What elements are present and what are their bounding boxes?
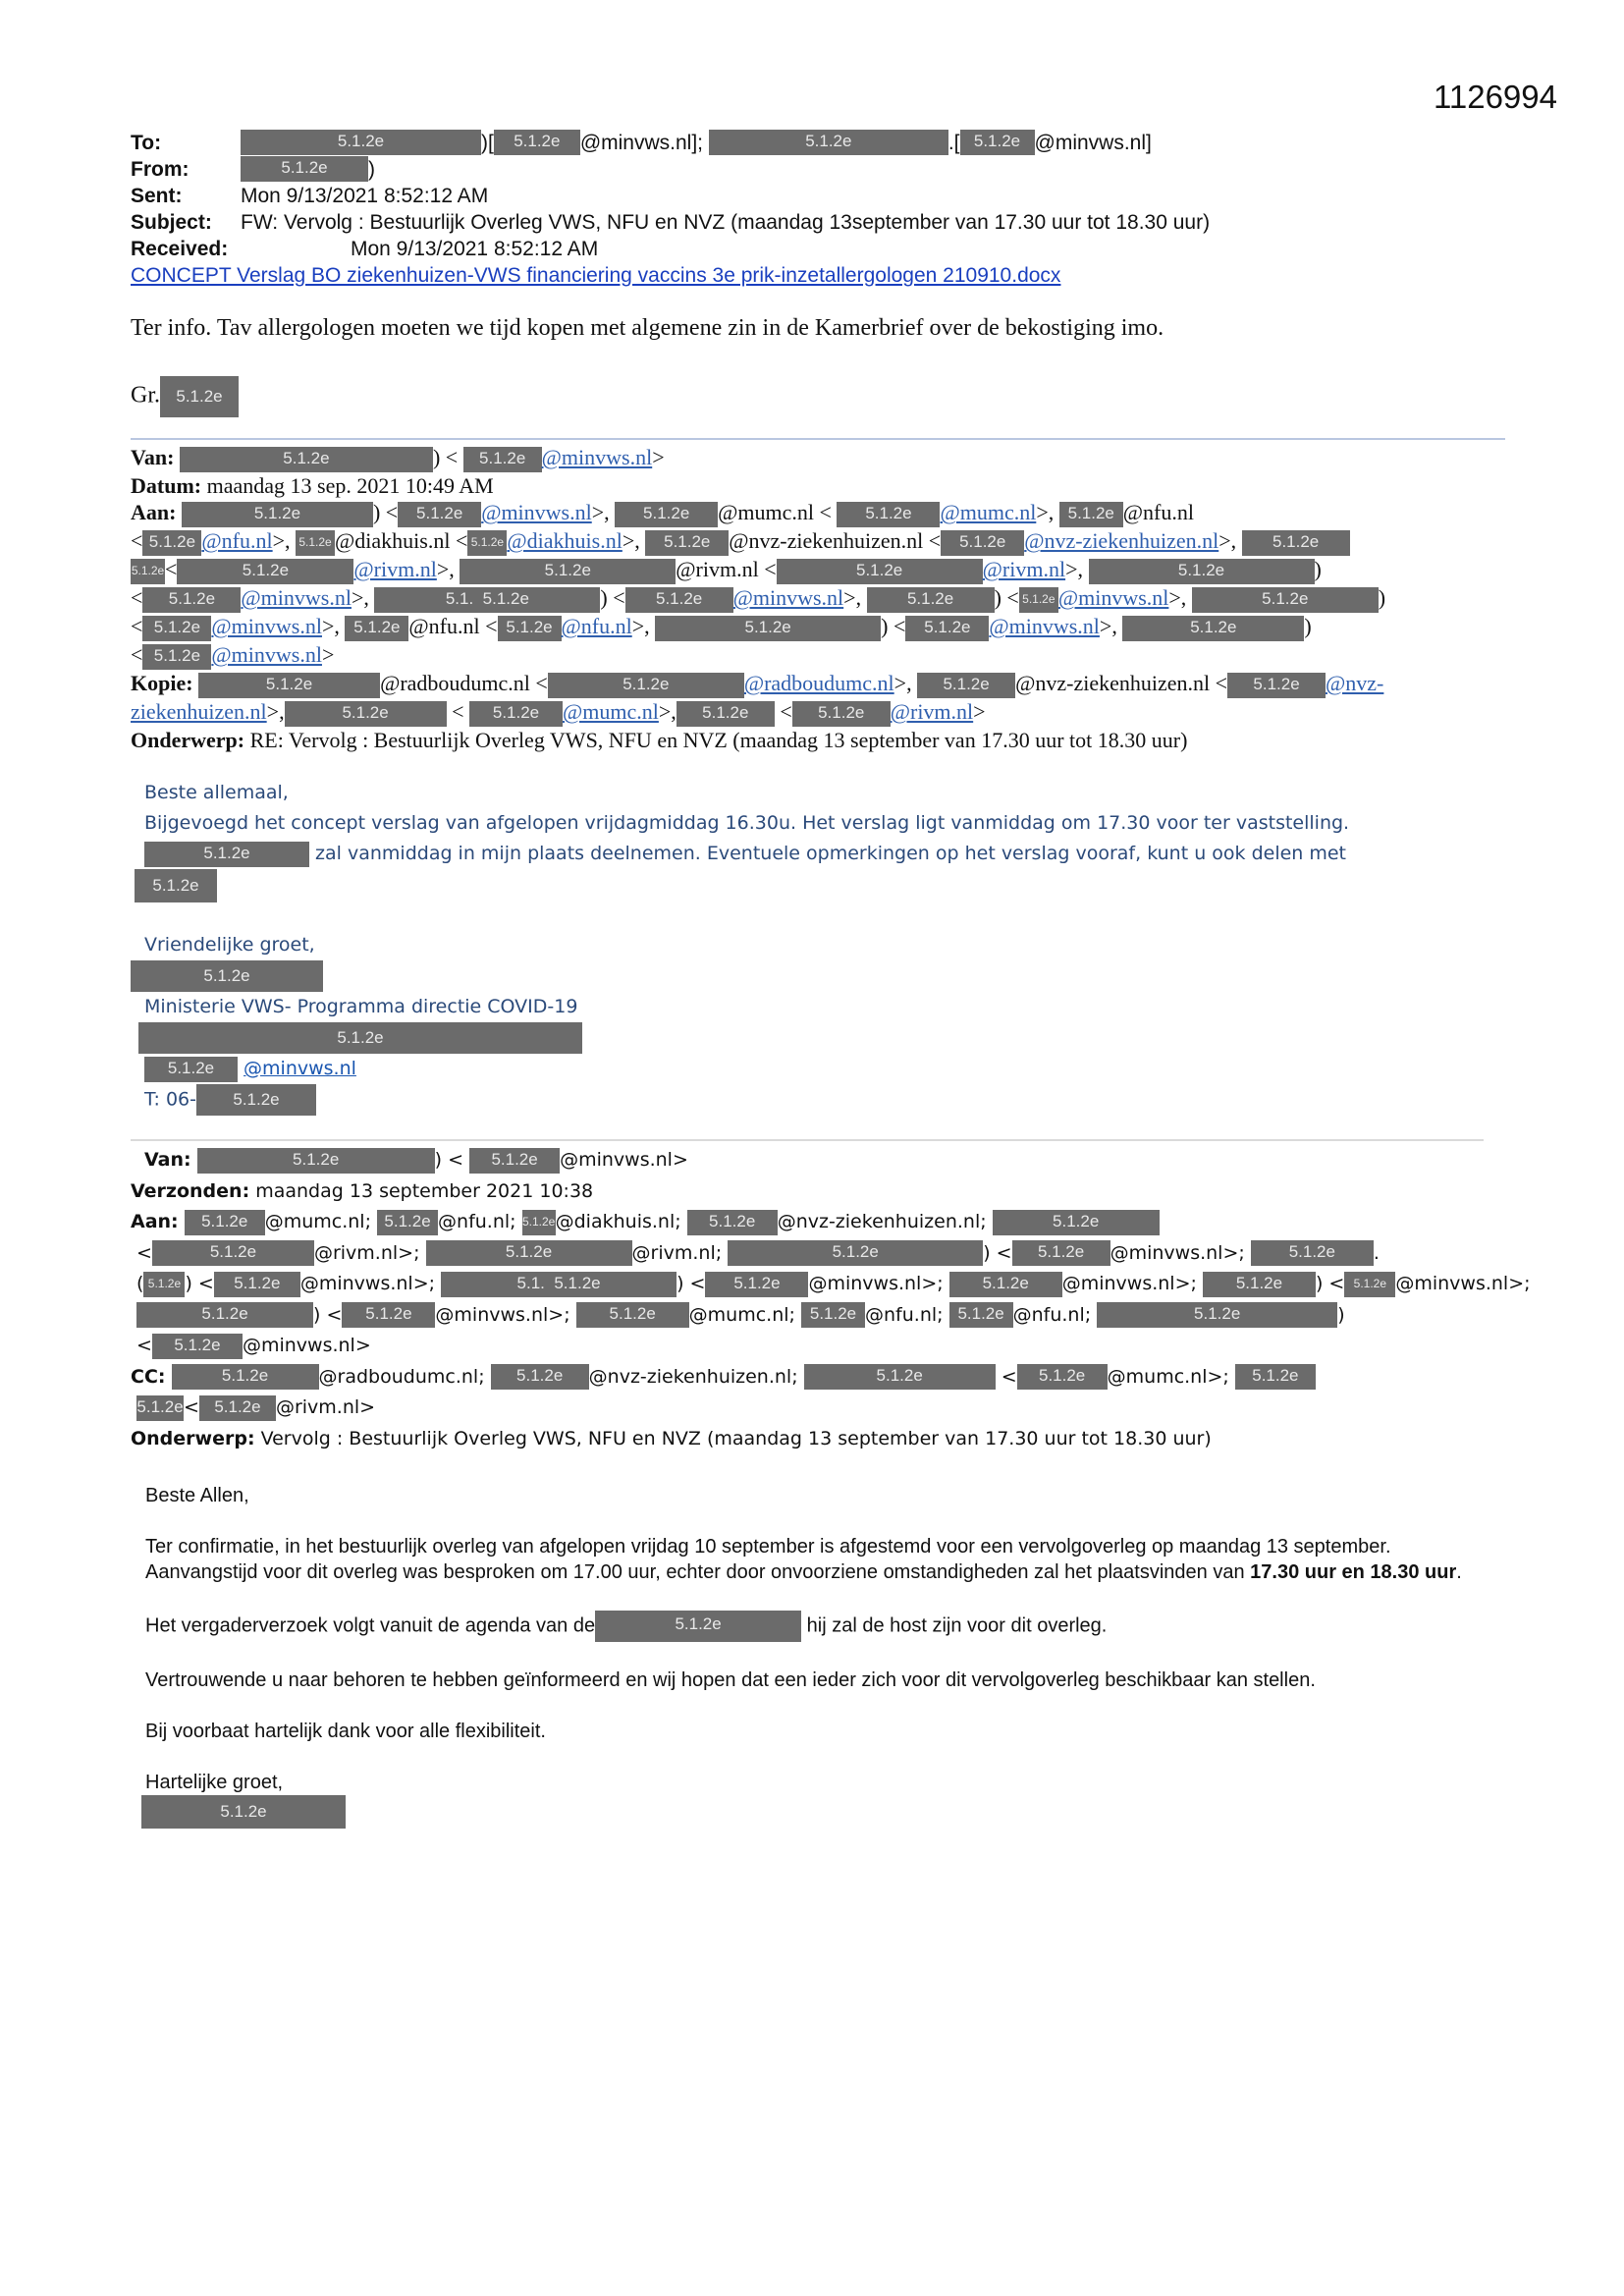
- redaction: 5.1.2e: [398, 502, 481, 527]
- to-label: To:: [131, 130, 241, 156]
- redaction: 5.1.2e: [548, 673, 744, 698]
- redaction: 5.1.2e: [804, 1364, 996, 1390]
- redaction: 5.1.2e: [196, 1084, 316, 1116]
- original-email-body: Beste Allen, Ter confirmatie, in het bes…: [145, 1483, 1500, 1829]
- onderwerp-row: Onderwerp: RE: Vervolg : Bestuurlijk Ove…: [131, 727, 1515, 754]
- text: .[: [948, 130, 960, 156]
- redaction: 5.1.2e: [522, 1210, 556, 1235]
- redaction: 5.1.2e: [491, 1364, 589, 1390]
- cc-row: 5.1.2e<5.1.2e@rivm.nl>: [131, 1393, 1515, 1424]
- text: @rivm.nl: [276, 1396, 359, 1418]
- redaction: 5.1.2e: [728, 1240, 983, 1266]
- redaction: 5.1.2e: [342, 1302, 435, 1328]
- redaction: 5.1.2e: [469, 701, 563, 727]
- body-paragraph: Aanvangstijd voor dit overleg was bespro…: [145, 1559, 1500, 1585]
- van-row: Van: 5.1.2e) < 5.1.2e@minvws.nl>: [131, 1145, 1515, 1176]
- redaction: 5.1.2e: [1089, 559, 1315, 584]
- redaction: 5.1.2e: [837, 502, 940, 527]
- redaction: 5.1.2e: [645, 530, 729, 556]
- redaction: 5.1.2e: [152, 1334, 243, 1359]
- body-line: 5.1.2e: [135, 869, 1529, 902]
- redaction: 5.1.2e: [1019, 587, 1058, 613]
- redaction: 5.1.2e: [595, 1611, 801, 1642]
- signature-name-redaction: 5.1.2e: [141, 1795, 346, 1829]
- text: @nvz-ziekenhuizen.nl: [778, 1211, 981, 1232]
- redaction: 5.1.2e: [1203, 1272, 1316, 1297]
- redaction: 5.1.2e: [498, 616, 562, 641]
- aan-row: <5.1.2e@nfu.nl>, 5.1.2e@diakhuis.nl <5.1…: [131, 527, 1515, 556]
- aan-row: (5.1.2e) <5.1.2e@minvws.nl>; 5.1. 5.1.2e…: [131, 1269, 1515, 1300]
- onderwerp-value: RE: Vervolg : Bestuurlijk Overleg VWS, N…: [250, 728, 1188, 752]
- redaction: 5.1.2e: [1192, 587, 1379, 613]
- text: 5.1.: [446, 589, 473, 608]
- outer-greeting-row: Gr.5.1.2e: [131, 376, 1515, 417]
- divider: [131, 1139, 1484, 1141]
- document-id: 1126994: [1434, 79, 1557, 116]
- redaction: 5.1.2e: [463, 447, 542, 472]
- body-greeting: Beste Allen,: [145, 1483, 1500, 1508]
- text: @rivm.nl: [314, 1242, 398, 1264]
- redaction: 5.1.2e: [160, 376, 239, 417]
- onderwerp-row: Onderwerp: Vervolg : Bestuurlijk Overleg…: [131, 1424, 1515, 1455]
- van-label: Van:: [131, 445, 174, 469]
- cc-row: CC: 5.1.2e@radboudumc.nl; 5.1.2e@nvz-zie…: [131, 1362, 1515, 1394]
- aan-row: 5.1.2e<5.1.2e@rivm.nl>, 5.1.2e@rivm.nl <…: [131, 556, 1515, 584]
- text: Aanvangstijd voor dit overleg was bespro…: [145, 1561, 1250, 1583]
- body-paragraph: Het vergaderverzoek volgt vanuit de agen…: [145, 1611, 1500, 1642]
- redaction: 5.1.2e: [426, 1240, 632, 1266]
- aan-row: Aan: 5.1.2e@mumc.nl; 5.1.2e@nfu.nl; 5.1.…: [131, 1207, 1515, 1238]
- email-link[interactable]: @minvws.nl: [241, 585, 352, 610]
- redaction: 5.1.2e: [136, 1395, 184, 1421]
- redaction: 5.1.2e: [152, 1240, 314, 1266]
- signature-phone: T: 06-5.1.2e: [144, 1084, 1529, 1116]
- text: @nvz-ziekenhuizen.nl: [1015, 671, 1210, 695]
- verzonden-row: Verzonden: maandag 13 september 2021 10:…: [131, 1176, 1515, 1208]
- redaction: 5.1. 5.1.2e: [441, 1272, 677, 1297]
- text: @minvws.nl: [560, 1149, 673, 1171]
- body-paragraph: Vertrouwende u naar behoren te hebben ge…: [145, 1667, 1500, 1693]
- aan-row: 5.1.2e) <5.1.2e@minvws.nl>; 5.1.2e@mumc.…: [131, 1300, 1515, 1332]
- email-link[interactable]: @nvz-ziekenhuizen.nl: [1024, 528, 1218, 553]
- text: @nfu.nl: [1123, 500, 1194, 524]
- onderwerp-value: Vervolg : Bestuurlijk Overleg VWS, NFU e…: [261, 1428, 1212, 1449]
- email-link[interactable]: @nfu.nl: [562, 614, 632, 638]
- redaction: 5.1.2e: [993, 1210, 1160, 1235]
- signature-org: Ministerie VWS- Programma directie COVID…: [144, 992, 1529, 1022]
- closing: Vriendelijke groet,: [144, 930, 1529, 960]
- text: @diakhuis.nl: [556, 1211, 676, 1232]
- email-link[interactable]: @diakhuis.nl: [507, 528, 622, 553]
- email-link[interactable]: @minvws.nl: [211, 642, 322, 667]
- signature-title-redaction: 5.1.2e: [138, 1022, 582, 1054]
- text: @diakhuis.nl: [335, 528, 450, 553]
- redaction: 5.1.2e: [185, 1210, 265, 1235]
- redaction: 5.1.2e: [792, 701, 891, 727]
- text: @nfu.nl: [438, 1211, 510, 1232]
- email-link[interactable]: @minvws.nl: [989, 614, 1100, 638]
- received-row: Received: Mon 9/13/2021 8:52:12 AM: [131, 236, 1515, 262]
- original-email-header: Van: 5.1.2e) < 5.1.2e@minvws.nl> Verzond…: [131, 1145, 1515, 1454]
- email-link[interactable]: @minvws.nl: [211, 614, 322, 638]
- text: @nfu.nl: [865, 1304, 937, 1326]
- redaction: 5.1.2e: [705, 1272, 808, 1297]
- text: )[: [481, 130, 494, 156]
- text: @mumc.nl: [265, 1211, 365, 1232]
- van-label: Van:: [144, 1149, 191, 1171]
- text: @minvws.nl: [808, 1273, 921, 1294]
- redaction: 5.1.2e: [917, 673, 1015, 698]
- redaction: 5.1.2e: [142, 616, 211, 641]
- redaction: 5.1.2e: [241, 130, 481, 155]
- received-label: Received:: [131, 236, 351, 262]
- redaction: 5.1.2e: [905, 616, 989, 641]
- from-label: From:: [131, 156, 241, 183]
- email-link[interactable]: @minvws.nl: [733, 585, 844, 610]
- text: 5.1.: [517, 1274, 545, 1292]
- aan-row: Aan: 5.1.2e) <5.1.2e@minvws.nl>, 5.1.2e@…: [131, 499, 1515, 527]
- redaction: 5.1.2e: [241, 156, 368, 182]
- closing: Hartelijke groet,: [145, 1770, 1500, 1795]
- redaction: 5.1.2e: [1059, 502, 1123, 527]
- datum-row: Datum: maandag 13 sep. 2021 10:49 AM: [131, 472, 1515, 500]
- sent-value: Mon 9/13/2021 8:52:12 AM: [241, 183, 488, 209]
- datum-label: Datum:: [131, 473, 201, 498]
- email-link[interactable]: @nvz-: [1326, 671, 1383, 695]
- redaction: 5.1.2e: [1097, 1302, 1337, 1328]
- sent-label: Sent:: [131, 183, 241, 209]
- kopie-row: ziekenhuizen.nl>,5.1.2e < 5.1.2e@mumc.nl…: [131, 698, 1515, 727]
- email-link[interactable]: @minvws.nl: [1058, 585, 1169, 610]
- redaction: 5.1.2e: [144, 1057, 238, 1082]
- redaction: 5.1.2e: [214, 1272, 300, 1297]
- redaction: 5.1.2e: [801, 1302, 865, 1328]
- redaction: 5.1.2e: [777, 559, 983, 584]
- body-paragraph: Ter confirmatie, in het bestuurlijk over…: [145, 1534, 1500, 1559]
- email-link[interactable]: @mumc.nl: [940, 500, 1036, 524]
- text-bold: 17.30 uur en 18.30 uur: [1250, 1561, 1456, 1583]
- aan-row: <5.1.2e@minvws.nl>, 5.1.2e@nfu.nl <5.1.2…: [131, 613, 1515, 641]
- redaction: 5.1.2e: [296, 530, 335, 556]
- aan-row: <5.1.2e@minvws.nl>: [131, 641, 1515, 670]
- text: @radboudumc.nl: [380, 671, 530, 695]
- text: T: 06-: [144, 1089, 196, 1111]
- redaction: 5.1.2e: [1251, 1240, 1374, 1266]
- text: @radboudumc.nl: [319, 1366, 479, 1388]
- redaction: 5.1.2e: [1227, 673, 1326, 698]
- body-line: Bijgevoegd het concept verslag van afgel…: [144, 808, 1529, 839]
- onderwerp-label: Onderwerp:: [131, 1428, 255, 1449]
- redaction: 5.1.2e: [345, 616, 408, 641]
- redaction: 5.1.2e: [180, 447, 433, 472]
- redaction: 5.1.2e: [625, 587, 733, 613]
- outer-email-header: To: 5.1.2e)[5.1.2e@minvws.nl]; 5.1.2e.[5…: [131, 130, 1515, 289]
- redaction: 5.1.2e: [198, 673, 380, 698]
- redaction: 5.1.2e: [687, 1210, 778, 1235]
- redaction: 5.1.2e: [177, 559, 353, 584]
- redaction: 5.1.2e: [1235, 1364, 1316, 1390]
- kopie-label: Kopie:: [131, 671, 193, 695]
- redaction: 5.1.2e: [142, 530, 201, 556]
- divider: [131, 438, 1505, 440]
- redaction: 5.1.2e: [949, 1302, 1013, 1328]
- text: hij zal de host zijn voor dit overleg.: [807, 1614, 1108, 1636]
- redaction: 5.1.2e: [615, 502, 718, 527]
- text: @minvws.nl: [1062, 1273, 1175, 1294]
- text: @rivm.nl: [632, 1242, 716, 1264]
- text: 5.1.2e: [554, 1274, 600, 1292]
- aan-label: Aan:: [131, 1211, 179, 1232]
- sent-row: Sent: Mon 9/13/2021 8:52:12 AM: [131, 183, 1515, 209]
- redaction: 5.1.2e: [131, 559, 165, 584]
- redaction: 5.1.2e: [460, 559, 676, 584]
- text: @minvws.nl: [1110, 1242, 1223, 1264]
- text: @minvws.nl: [243, 1335, 355, 1356]
- text: @nvz-ziekenhuizen.nl: [729, 528, 923, 553]
- reply-email-header: Van: 5.1.2e) < 5.1.2e@minvws.nl> Datum: …: [131, 444, 1515, 754]
- redaction: 5.1.2e: [197, 1148, 435, 1174]
- redaction: 5.1.2e: [677, 701, 775, 727]
- redaction: 5.1.2e: [1012, 1240, 1110, 1266]
- redaction: 5.1.2e: [285, 701, 447, 727]
- redaction: 5.1.2e: [467, 530, 507, 556]
- redaction: 5.1.2e: [142, 587, 241, 613]
- text: zal vanmiddag in mijn plaats deelnemen. …: [315, 843, 1346, 864]
- redaction: 5.1.2e: [709, 130, 948, 155]
- text: .: [1456, 1561, 1462, 1583]
- signature-name-redaction: 5.1.2e: [131, 960, 323, 992]
- email-link[interactable]: @nfu.nl: [201, 528, 272, 553]
- text: @minvws.nl: [435, 1304, 548, 1326]
- redaction: 5.1.2e: [960, 130, 1035, 155]
- body-line: 5.1.2e zal vanmiddag in mijn plaats deel…: [144, 839, 1529, 869]
- redaction: 5.1.2e: [494, 130, 580, 155]
- datum-value: maandag 13 sep. 2021 10:49 AM: [207, 473, 494, 498]
- redaction: 5.1.2e: [377, 1210, 438, 1235]
- text: @nfu.nl: [1013, 1304, 1085, 1326]
- subject-value: FW: Vervolg : Bestuurlijk Overleg VWS, N…: [241, 209, 1210, 236]
- email-link[interactable]: @minvws.nl: [244, 1058, 356, 1079]
- aan-label: Aan:: [131, 500, 176, 524]
- redaction: 5.1.2e: [949, 1272, 1062, 1297]
- email-link[interactable]: @rivm.nl: [891, 699, 973, 724]
- text: @rivm.nl: [676, 557, 758, 581]
- subject-label: Subject:: [131, 209, 241, 236]
- redaction: 5.1.2e: [469, 1148, 560, 1174]
- email-link[interactable]: @mumc.nl: [563, 699, 659, 724]
- redaction: 5.1.2e: [1122, 616, 1304, 641]
- text: 5.1.2e: [483, 589, 529, 608]
- email-link[interactable]: @minvws.nl: [481, 500, 592, 524]
- aan-row: <5.1.2e@rivm.nl>; 5.1.2e@rivm.nl; 5.1.2e…: [131, 1238, 1515, 1270]
- text: @mumc.nl: [689, 1304, 789, 1326]
- redaction: 5.1.2e: [136, 1302, 313, 1328]
- received-value: Mon 9/13/2021 8:52:12 AM: [351, 236, 598, 262]
- email-link[interactable]: @radboudumc.nl: [744, 671, 894, 695]
- attachment-row: CONCEPT Verslag BO ziekenhuizen-VWS fina…: [131, 262, 1515, 289]
- redaction: 5.1.2e: [135, 869, 217, 902]
- from-row: From: 5.1.2e): [131, 156, 1515, 183]
- redaction: 5.1.2e: [1242, 530, 1350, 556]
- email-link[interactable]: @minvws.nl: [542, 445, 653, 469]
- redaction: 5.1.2e: [199, 1395, 276, 1421]
- redaction: 5.1.2e: [655, 616, 881, 641]
- verzonden-value: maandag 13 september 2021 10:38: [255, 1180, 593, 1202]
- redaction: 5.1.2e: [144, 842, 309, 867]
- outer-body: Ter info. Tav allergologen moeten we tij…: [131, 314, 1515, 342]
- text: @mumc.nl: [1108, 1366, 1208, 1388]
- email-link[interactable]: @rivm.nl: [353, 557, 436, 581]
- redaction: 5.1.2e: [576, 1302, 689, 1328]
- verzonden-label: Verzonden:: [131, 1180, 249, 1202]
- signature-email: 5.1.2e @minvws.nl: [144, 1054, 1529, 1084]
- text: @minvws.nl: [1395, 1273, 1508, 1294]
- text: @mumc.nl: [718, 500, 814, 524]
- reply-email-body: Beste allemaal, Bijgevoegd het concept v…: [144, 778, 1529, 1116]
- text: Het vergaderverzoek volgt vanuit de agen…: [145, 1614, 595, 1636]
- kopie-row: Kopie: 5.1.2e@radboudumc.nl <5.1.2e@radb…: [131, 670, 1515, 698]
- body-paragraph: Bij voorbaat hartelijk dank voor alle fl…: [145, 1719, 1500, 1744]
- text: ): [368, 156, 375, 183]
- redaction: 5.1.2e: [182, 502, 373, 527]
- redaction: 5.1.2e: [143, 1272, 185, 1297]
- text: @minvws.nl]: [1035, 130, 1152, 156]
- email-link[interactable]: ziekenhuizen.nl: [131, 699, 267, 724]
- text: @minvws.nl: [300, 1273, 413, 1294]
- redaction: 5.1.2e: [867, 587, 995, 613]
- redaction: 5.1. 5.1.2e: [374, 587, 600, 613]
- redaction: 5.1.2e: [142, 644, 211, 670]
- email-link[interactable]: @rivm.nl: [983, 557, 1065, 581]
- aan-row: <5.1.2e@minvws.nl>, 5.1. 5.1.2e) <5.1.2e…: [131, 584, 1515, 613]
- redaction: 5.1.2e: [172, 1364, 319, 1390]
- aan-row: <5.1.2e@minvws.nl>: [131, 1331, 1515, 1362]
- body-greeting: Beste allemaal,: [144, 778, 1529, 808]
- van-row: Van: 5.1.2e) < 5.1.2e@minvws.nl>: [131, 444, 1515, 472]
- text: @nvz-ziekenhuizen.nl: [589, 1366, 792, 1388]
- redaction: 5.1.2e: [941, 530, 1024, 556]
- redaction: 5.1.2e: [1344, 1272, 1395, 1297]
- text: @nfu.nl: [408, 614, 479, 638]
- greeting: Gr.: [131, 383, 160, 409]
- text: @minvws.nl];: [580, 130, 703, 156]
- redaction: 5.1.2e: [1017, 1364, 1108, 1390]
- cc-label: CC:: [131, 1366, 166, 1388]
- attachment-link[interactable]: CONCEPT Verslag BO ziekenhuizen-VWS fina…: [131, 262, 1060, 289]
- to-row: To: 5.1.2e)[5.1.2e@minvws.nl]; 5.1.2e.[5…: [131, 130, 1515, 156]
- subject-row: Subject: FW: Vervolg : Bestuurlijk Overl…: [131, 209, 1515, 236]
- onderwerp-label: Onderwerp:: [131, 728, 244, 752]
